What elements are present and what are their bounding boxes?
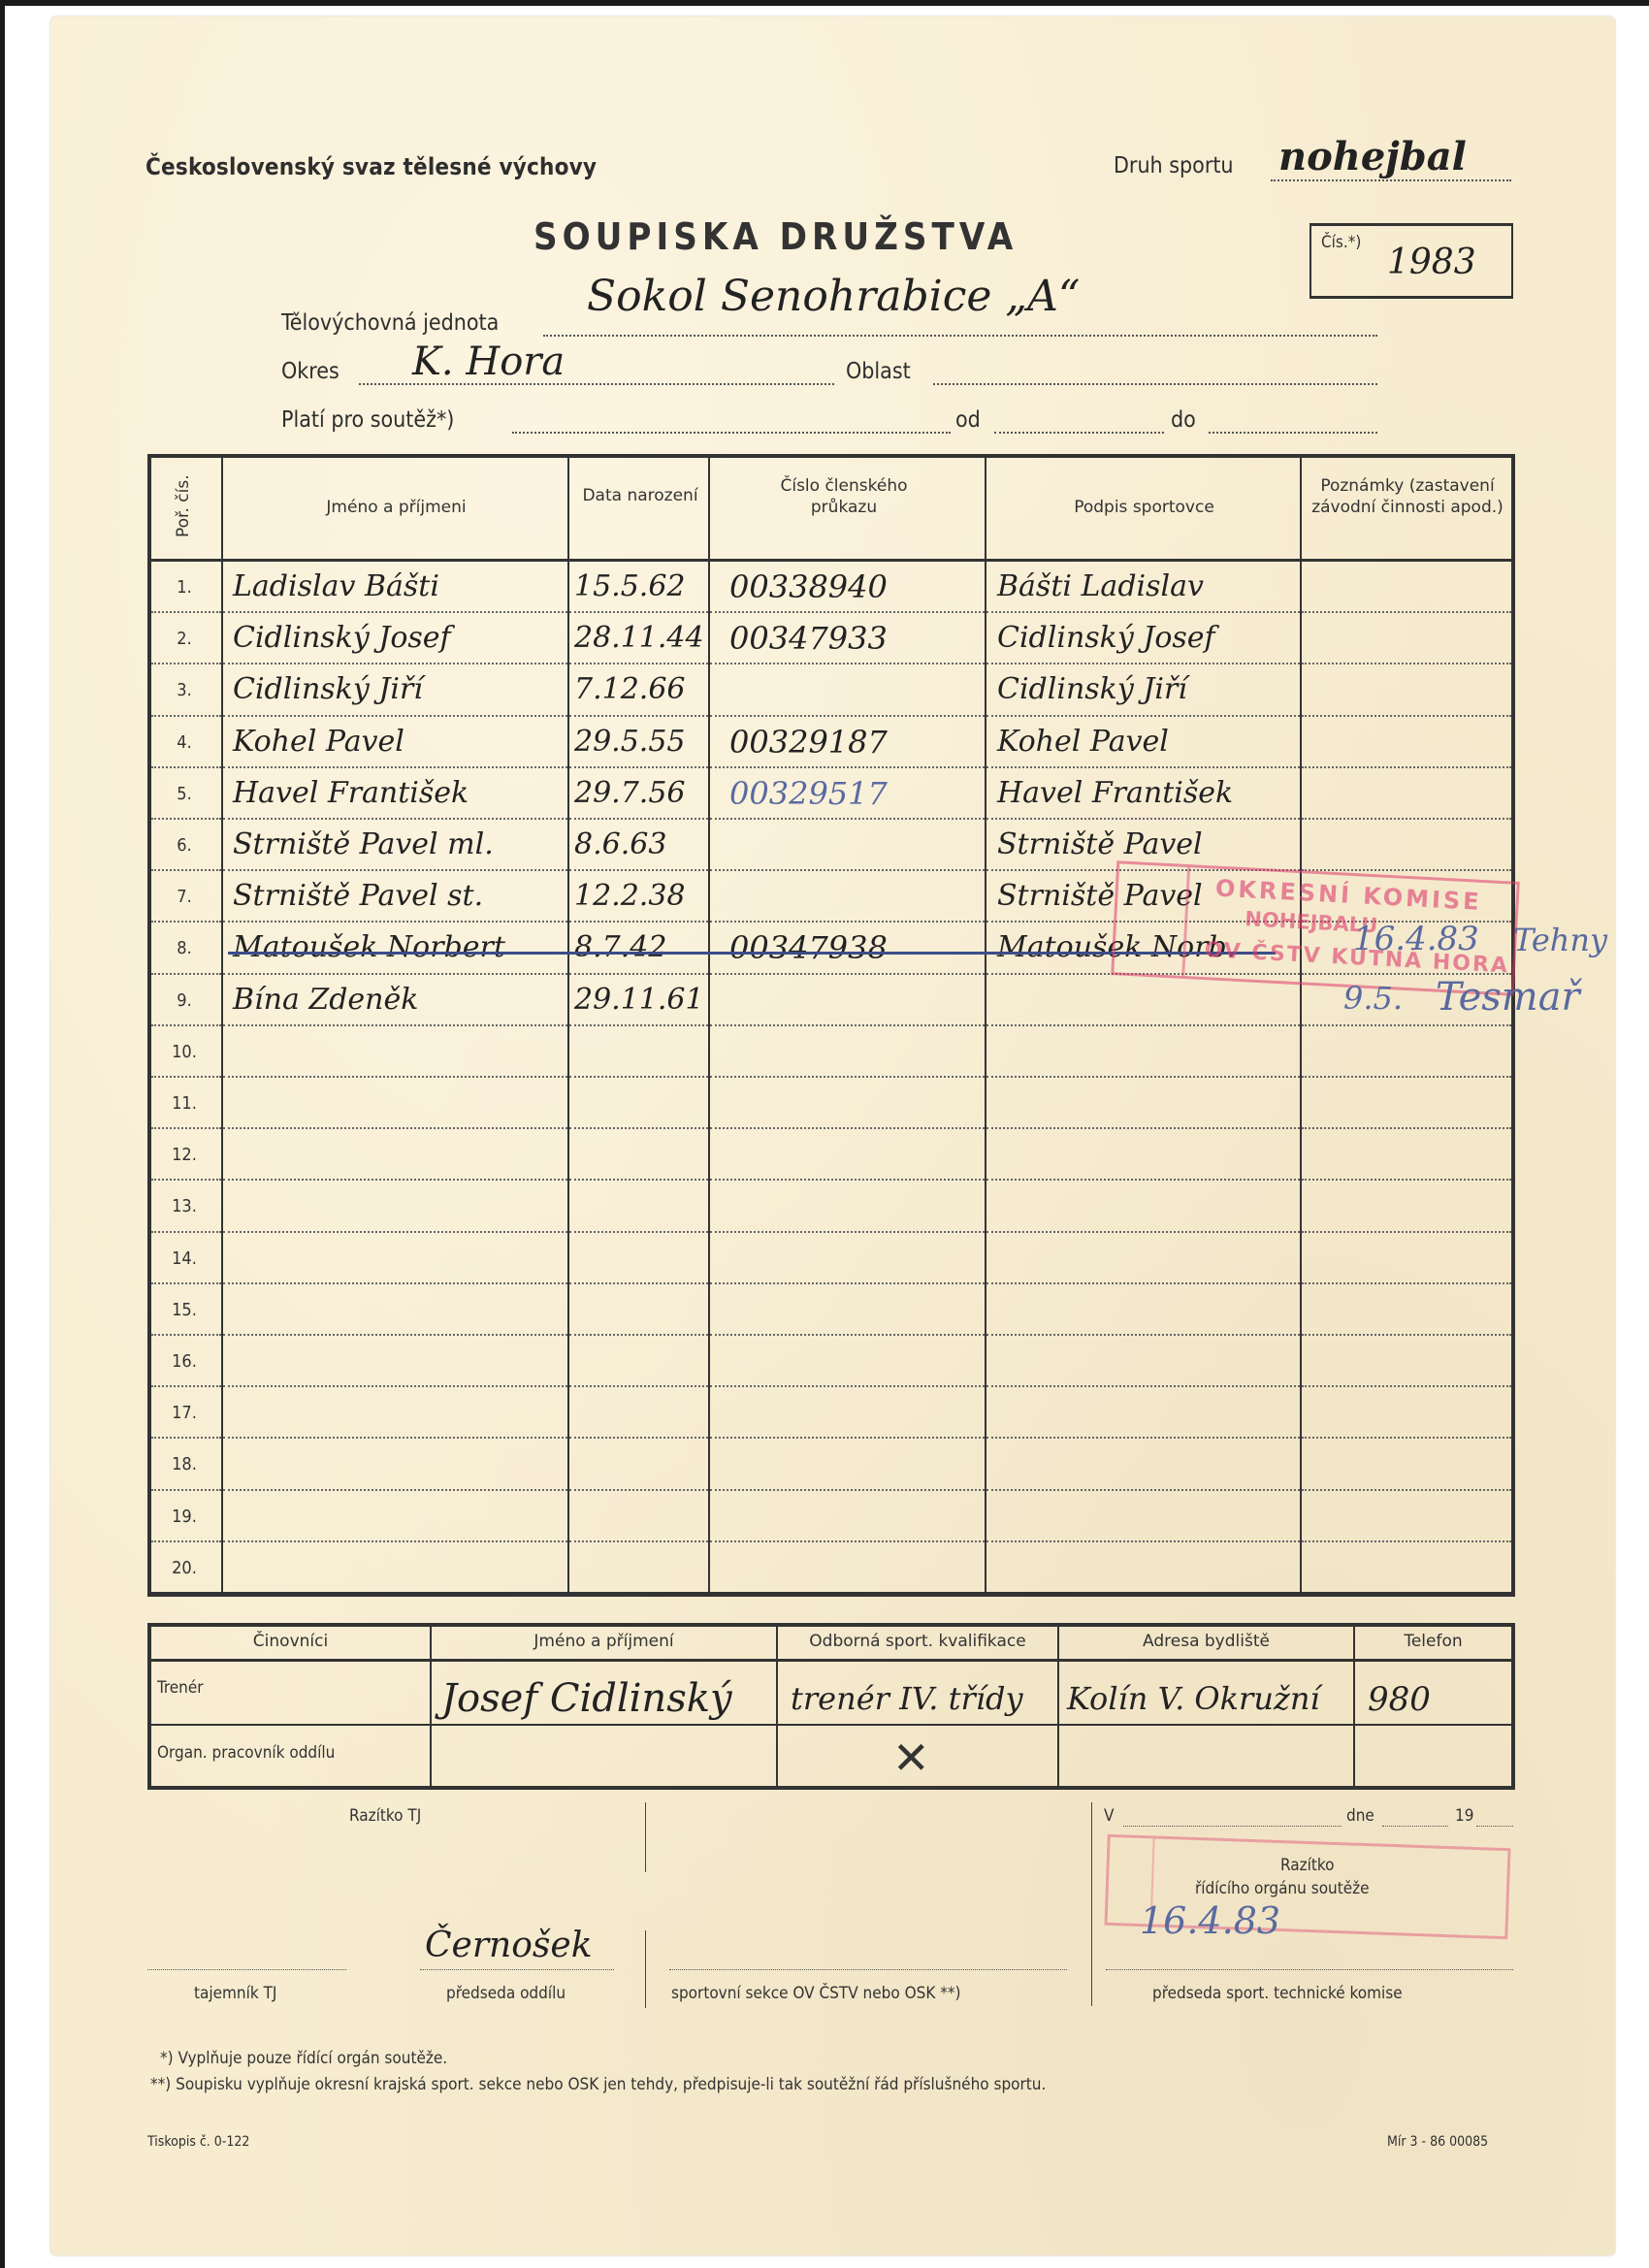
signature-divider	[645, 1930, 646, 2008]
row-dotted-divider	[151, 818, 221, 820]
approval-signature-2: Tesmař	[1436, 975, 1580, 1020]
row-dotted-divider	[223, 611, 567, 613]
row-dotted-divider	[710, 766, 985, 768]
row-dotted-divider	[1302, 663, 1511, 664]
roster-cell-birth[interactable]: 15.5.62	[574, 567, 686, 606]
official-phone[interactable]: 980	[1368, 1680, 1431, 1719]
row-dotted-divider	[151, 973, 221, 975]
roster-cell-card[interactable]: 00329517	[729, 774, 888, 813]
row-dotted-divider	[986, 818, 1300, 820]
sport-field-line	[1271, 179, 1511, 181]
scan-frame-top	[0, 0, 1649, 6]
organization-name: Československý svaz tělesné výchovy	[145, 153, 597, 180]
officials-bottom-border	[147, 1786, 1515, 1790]
row-dotted-divider	[569, 973, 708, 975]
row-dotted-divider	[986, 663, 1300, 664]
row-number: 15.	[155, 1300, 213, 1320]
row-dotted-divider	[151, 611, 221, 613]
row-dotted-divider	[710, 1489, 985, 1491]
row-number: 7.	[155, 887, 213, 907]
row-dotted-divider	[151, 1127, 221, 1129]
row-dotted-divider	[1302, 1540, 1511, 1542]
stamp-tj-label: Razítko TJ	[349, 1806, 421, 1826]
row-dotted-divider	[223, 818, 567, 820]
row-number: 16.	[155, 1351, 213, 1372]
row-dotted-divider	[986, 1231, 1300, 1233]
row-dotted-divider	[1302, 1282, 1511, 1284]
row-dotted-divider	[710, 1179, 985, 1181]
roster-bottom-border	[147, 1592, 1515, 1597]
official-qualification-cross-icon: ✕	[892, 1732, 930, 1784]
col-header-birth: Data narození	[578, 485, 702, 506]
chairman-label: předseda oddílu	[446, 1984, 566, 2003]
roster-cell-signature[interactable]: Cidlinský Josef	[997, 619, 1215, 658]
row-dotted-divider	[569, 1437, 708, 1439]
row-dotted-divider	[223, 921, 567, 923]
row-dotted-divider	[223, 1489, 567, 1491]
unit-field-line	[543, 335, 1377, 337]
place-label: V	[1104, 1806, 1114, 1826]
row-dotted-divider	[569, 1489, 708, 1491]
row-dotted-divider	[223, 715, 567, 717]
row-dotted-divider	[986, 715, 1300, 717]
row-number: 11.	[155, 1093, 213, 1114]
row-number: 3.	[155, 680, 213, 700]
row-dotted-divider	[1302, 1076, 1511, 1078]
roster-cell-birth[interactable]: 28.11.44	[574, 619, 704, 658]
col-header-number: Poř. čís.	[151, 458, 221, 559]
row-dotted-divider	[1302, 869, 1511, 871]
row-dotted-divider	[1302, 1127, 1511, 1129]
number-label: Čís.*)	[1321, 233, 1361, 252]
roster-cell-birth[interactable]: 29.11.61	[574, 981, 704, 1020]
row-dotted-divider	[1302, 1437, 1511, 1439]
region-field-line	[933, 383, 1377, 385]
row-dotted-divider	[986, 1385, 1300, 1387]
secretary-label: tajemník TJ	[194, 1984, 276, 2003]
to-label: do	[1171, 407, 1196, 433]
col-header-name: Jméno a příjmeni	[225, 497, 567, 518]
row-dotted-divider	[569, 1540, 708, 1542]
competition-field-line	[512, 432, 951, 434]
row-dotted-divider	[569, 1076, 708, 1078]
roster-cell-name[interactable]: Havel František	[233, 774, 469, 813]
roster-cell-signature[interactable]: Strniště Pavel	[997, 826, 1203, 864]
row-dotted-divider	[151, 1437, 221, 1439]
row-dotted-divider	[1302, 1334, 1511, 1336]
row-dotted-divider	[1302, 1385, 1511, 1387]
roster-cell-name[interactable]: Kohel Pavel	[233, 723, 404, 761]
officials-header-role: Činovníci	[151, 1631, 430, 1652]
row-dotted-divider	[710, 611, 985, 613]
roster-cell-card[interactable]: 00347933	[729, 619, 888, 658]
to-field-line	[1209, 432, 1377, 434]
official-qualification[interactable]: trenér IV. třídy	[791, 1680, 1023, 1717]
row-dotted-divider	[151, 1282, 221, 1284]
official-address[interactable]: Kolín V. Okružní	[1067, 1680, 1320, 1717]
commission-label: předseda sport. technické komise	[1152, 1984, 1403, 2003]
row-dotted-divider	[223, 1127, 567, 1129]
roster-cell-birth[interactable]: 12.2.38	[574, 877, 686, 916]
row-number: 14.	[155, 1248, 213, 1269]
scan-frame-left	[0, 0, 5, 2268]
roster-cell-card[interactable]: 00347938	[729, 928, 888, 967]
row-dotted-divider	[223, 1231, 567, 1233]
row-dotted-divider	[710, 1076, 985, 1078]
date-field-line	[1382, 1826, 1448, 1827]
row-dotted-divider	[151, 921, 221, 923]
number-value[interactable]: 1983	[1387, 243, 1476, 282]
footnote-2: **) Soupisku vyplňuje okresní krajská sp…	[150, 2075, 1046, 2094]
year-label: 19	[1455, 1806, 1473, 1826]
signature-divider	[645, 1802, 646, 1872]
row-dotted-divider	[710, 1024, 985, 1026]
roster-cell-name[interactable]: Cidlinský Jiří	[233, 670, 423, 709]
row-number: 17.	[155, 1403, 213, 1423]
row-dotted-divider	[710, 715, 985, 717]
officials-row-divider	[147, 1724, 1515, 1726]
signature-divider	[1091, 1802, 1092, 2006]
row-dotted-divider	[151, 1334, 221, 1336]
row-dotted-divider	[223, 1437, 567, 1439]
official-role: Organ. pracovník oddílu	[157, 1743, 335, 1763]
row-dotted-divider	[710, 1385, 985, 1387]
row-dotted-divider	[151, 1540, 221, 1542]
district-label: Okres	[281, 359, 339, 384]
officials-top-border	[147, 1623, 1515, 1627]
section-sign-line	[669, 1969, 1067, 1970]
place-field-line	[1123, 1826, 1342, 1827]
row-dotted-divider	[1302, 1489, 1511, 1491]
roster-cell-birth[interactable]: 29.5.55	[574, 723, 686, 761]
row-number: 19.	[155, 1507, 213, 1527]
roster-cell-name[interactable]: Cidlinský Josef	[233, 619, 451, 658]
row-dotted-divider	[986, 766, 1300, 768]
officials-header-address: Adresa bydliště	[1059, 1631, 1353, 1652]
sport-label: Druh sportu	[1114, 153, 1234, 178]
section-label: sportovní sekce OV ČSTV nebo OSK **)	[671, 1984, 960, 2003]
row-dotted-divider	[223, 973, 567, 975]
row-dotted-divider	[710, 818, 985, 820]
roster-right-border	[1511, 454, 1515, 1597]
row-dotted-divider	[151, 869, 221, 871]
row-dotted-divider	[1302, 1179, 1511, 1181]
row-number: 13.	[155, 1196, 213, 1216]
from-field-line	[994, 432, 1164, 434]
row-number: 12.	[155, 1145, 213, 1165]
col-header-signature: Podpis sportovce	[988, 497, 1300, 518]
row-dotted-divider	[1302, 818, 1511, 820]
region-label: Oblast	[846, 359, 911, 384]
row-dotted-divider	[986, 1179, 1300, 1181]
row-dotted-divider	[569, 921, 708, 923]
row-dotted-divider	[151, 715, 221, 717]
row-dotted-divider	[569, 1334, 708, 1336]
row-dotted-divider	[986, 1334, 1300, 1336]
row-dotted-divider	[1302, 715, 1511, 717]
chairman-signature: Černošek	[425, 1926, 593, 1965]
row-dotted-divider	[223, 869, 567, 871]
row-dotted-divider	[569, 715, 708, 717]
row-dotted-divider	[223, 1179, 567, 1181]
roster-cell-name[interactable]: Bína Zdeněk	[233, 981, 418, 1020]
officials-right-border	[1511, 1623, 1515, 1790]
roster-cell-name[interactable]: Strniště Pavel st.	[233, 877, 483, 916]
officials-header-phone: Telefon	[1355, 1631, 1511, 1652]
unit-value[interactable]: Sokol Senohrabice „A“	[587, 272, 1080, 321]
chairman-sign-line	[420, 1969, 614, 1970]
col-header-card: Číslo členského průkazu	[766, 475, 921, 518]
row-dotted-divider	[710, 973, 985, 975]
row-number: 1.	[155, 577, 213, 598]
row-dotted-divider	[223, 1334, 567, 1336]
row-dotted-divider	[569, 1231, 708, 1233]
roster-header-border	[147, 559, 1515, 562]
authority-stamp-label-2: řídícího orgánu soutěže	[1195, 1879, 1370, 1898]
roster-cell-birth[interactable]: 29.7.56	[574, 774, 686, 813]
row-dotted-divider	[569, 869, 708, 871]
row-dotted-divider	[710, 1282, 985, 1284]
row-dotted-divider	[569, 611, 708, 613]
row-dotted-divider	[569, 663, 708, 664]
row-dotted-divider	[223, 1076, 567, 1078]
row-number: 10.	[155, 1042, 213, 1062]
competition-label: Platí pro soutěž*)	[281, 407, 454, 433]
officials-header-name: Jméno a příjmení	[432, 1631, 776, 1652]
roster-cell-name[interactable]: Matoušek Norbert	[233, 928, 505, 967]
row-dotted-divider	[151, 1489, 221, 1491]
authority-stamp-label-1: Razítko	[1280, 1856, 1335, 1875]
row-dotted-divider	[151, 1076, 221, 1078]
form-number: Tiskopis č. 0-122	[147, 2134, 249, 2150]
approval-date-note-2: 9.5.	[1343, 980, 1403, 1017]
secretary-sign-line	[147, 1969, 346, 1970]
roster-cell-birth[interactable]: 7.12.66	[574, 670, 686, 709]
row-dotted-divider	[1302, 611, 1511, 613]
row-dotted-divider	[151, 1385, 221, 1387]
row-dotted-divider	[1302, 1231, 1511, 1233]
print-code: Mír 3 - 86 00085	[1387, 2134, 1488, 2150]
row-dotted-divider	[986, 1540, 1300, 1542]
row-dotted-divider	[710, 1127, 985, 1129]
row-dotted-divider	[986, 1127, 1300, 1129]
unit-label: Tělovýchovná jednota	[281, 310, 499, 336]
col-header-number-text: Poř. čís.	[173, 474, 194, 537]
page-title: SOUPISKA DRUŽSTVA	[533, 215, 1018, 258]
row-dotted-divider	[1302, 766, 1511, 768]
row-number: 18.	[155, 1454, 213, 1474]
roster-cell-card[interactable]: 00338940	[729, 567, 888, 606]
row-number: 20.	[155, 1558, 213, 1578]
roster-cell-card[interactable]: 00329187	[729, 723, 888, 761]
row-dotted-divider	[986, 1489, 1300, 1491]
row-dotted-divider	[710, 921, 985, 923]
sport-value[interactable]: nohejbal	[1278, 134, 1467, 179]
row-dotted-divider	[986, 1076, 1300, 1078]
row-dotted-divider	[1302, 1024, 1511, 1026]
row-dotted-divider	[569, 1385, 708, 1387]
from-label: od	[955, 407, 981, 433]
roster-cell-signature[interactable]: Havel František	[997, 774, 1233, 813]
authority-date: 16.4.83	[1140, 1899, 1280, 1942]
officials-header-border	[147, 1659, 1515, 1662]
row-dotted-divider	[151, 663, 221, 664]
row-dotted-divider	[710, 1231, 985, 1233]
row-dotted-divider	[710, 869, 985, 871]
commission-sign-line	[1106, 1969, 1513, 1970]
row-dotted-divider	[710, 1540, 985, 1542]
roster-cell-name[interactable]: Strniště Pavel ml.	[233, 826, 494, 864]
approval-date-note: 16.4.83	[1353, 920, 1479, 958]
row-dotted-divider	[986, 1437, 1300, 1439]
row-number: 2.	[155, 629, 213, 649]
row-dotted-divider	[569, 818, 708, 820]
row-number: 8.	[155, 938, 213, 958]
row-dotted-divider	[569, 1179, 708, 1181]
row-dotted-divider	[569, 1024, 708, 1026]
date-label: dne	[1346, 1806, 1374, 1826]
stamp-emblem-icon	[1114, 863, 1190, 976]
official-role: Trenér	[157, 1678, 204, 1698]
officials-header-qualification: Odborná sport. kvalifikace	[778, 1631, 1057, 1652]
row-dotted-divider	[986, 1282, 1300, 1284]
row-dotted-divider	[986, 611, 1300, 613]
row-dotted-divider	[151, 1179, 221, 1181]
row-dotted-divider	[710, 1334, 985, 1336]
row-dotted-divider	[223, 1540, 567, 1542]
roster-top-border	[147, 454, 1515, 458]
col-header-notes: Poznámky (zastavení závodní činnosti apo…	[1308, 475, 1507, 518]
roster-cell-signature[interactable]: Bášti Ladislav	[997, 567, 1204, 606]
district-value[interactable]: K. Hora	[412, 340, 565, 384]
row-dotted-divider	[151, 1231, 221, 1233]
row-dotted-divider	[986, 1024, 1300, 1026]
row-dotted-divider	[569, 1282, 708, 1284]
row-dotted-divider	[710, 663, 985, 664]
row-dotted-divider	[710, 1437, 985, 1439]
official-name[interactable]: Josef Cidlinský	[441, 1676, 732, 1721]
row-number: 4.	[155, 732, 213, 753]
roster-cell-birth[interactable]: 8.6.63	[574, 826, 666, 864]
row-dotted-divider	[223, 1024, 567, 1026]
row-dotted-divider	[223, 663, 567, 664]
row-dotted-divider	[223, 1282, 567, 1284]
roster-cell-birth[interactable]: 8.7.42	[574, 928, 666, 967]
row-dotted-divider	[151, 1024, 221, 1026]
roster-cell-name[interactable]: Ladislav Bášti	[233, 567, 439, 606]
year-field-line	[1476, 1826, 1513, 1827]
footnote-1: *) Vyplňuje pouze řídící orgán soutěže.	[160, 2049, 447, 2068]
approval-signature-1: Tehny	[1513, 922, 1607, 958]
roster-cell-signature[interactable]: Kohel Pavel	[997, 723, 1169, 761]
row-dotted-divider	[223, 766, 567, 768]
row-dotted-divider	[223, 1385, 567, 1387]
roster-cell-signature[interactable]: Cidlinský Jiří	[997, 670, 1187, 709]
row-number: 9.	[155, 990, 213, 1011]
row-dotted-divider	[151, 766, 221, 768]
row-number: 5.	[155, 784, 213, 804]
row-dotted-divider	[569, 766, 708, 768]
row-number: 6.	[155, 835, 213, 856]
row-dotted-divider	[569, 1127, 708, 1129]
